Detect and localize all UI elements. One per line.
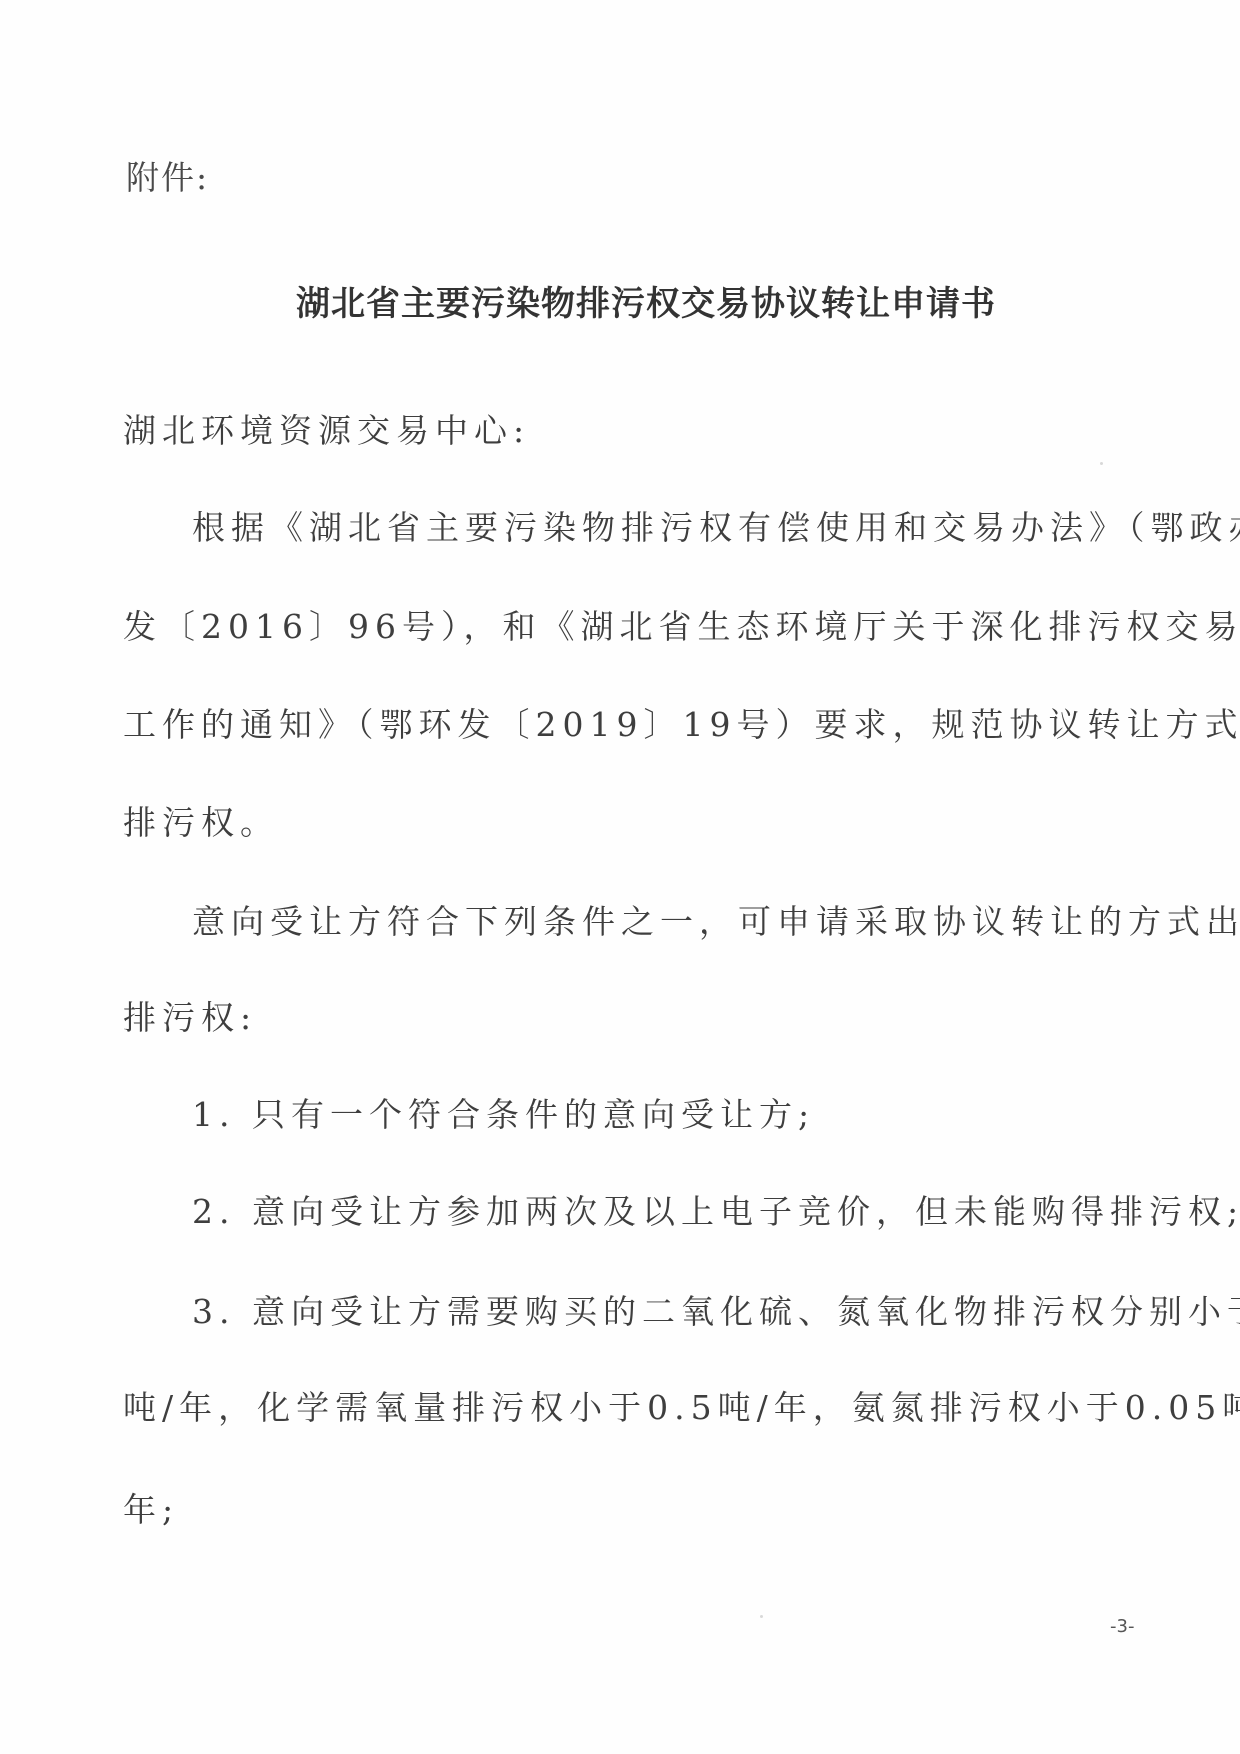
attachment-label: 附件: xyxy=(126,152,209,199)
scan-artifact xyxy=(1100,462,1103,465)
list-item-3-continued: 吨/年，化学需氧量排污权小于0.5吨/年，氨氮排污权小于0.05吨/ xyxy=(123,1388,1240,1428)
scan-artifact xyxy=(760,1615,763,1618)
list-item-3: 3. 意向受让方需要购买的二氧化硫、氮氧化物排污权分别小于1 xyxy=(192,1292,1240,1332)
document-page: 附件: 湖北省主要污染物排污权交易协议转让申请书 湖北环境资源交易中心: 根据《… xyxy=(0,0,1240,1754)
list-item-2: 2. 意向受让方参加两次及以上电子竞价，但未能购得排污权; xyxy=(192,1192,1240,1232)
addressee: 湖北环境资源交易中心: xyxy=(123,411,530,451)
list-item-1: 1. 只有一个符合条件的意向受让方; xyxy=(192,1095,815,1135)
list-item-3-continued: 年; xyxy=(123,1490,179,1530)
body-line: 工作的通知》（鄂环发〔2019〕19号）要求，规范协议转让方式出让 xyxy=(123,705,1240,745)
body-line: 排污权: xyxy=(123,998,257,1038)
body-line: 发〔2016〕96号），和《湖北省生态环境厅关于深化排污权交易试点 xyxy=(123,607,1240,647)
page-number: -3- xyxy=(1110,1616,1134,1637)
body-line: 意向受让方符合下列条件之一，可申请采取协议转让的方式出让 xyxy=(192,902,1240,942)
body-line: 排污权。 xyxy=(123,803,279,843)
body-line: 根据《湖北省主要污染物排污权有偿使用和交易办法》（鄂政办 xyxy=(192,508,1240,548)
document-title: 湖北省主要污染物排污权交易协议转让申请书 xyxy=(296,276,976,325)
